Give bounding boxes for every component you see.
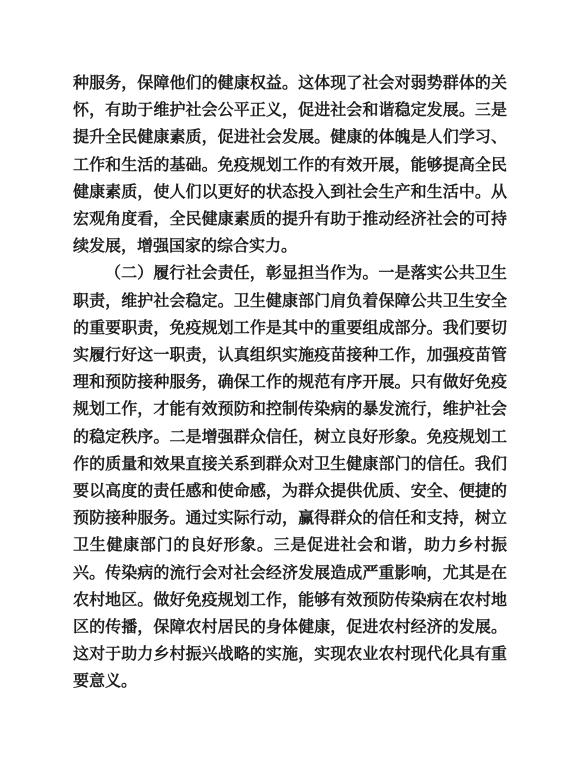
paragraph-section-two: （二）履行社会责任，彰显担当作为。一是落实公共卫生职责，维护社会稳定。卫生健康部… [73, 260, 507, 695]
paragraph-continuation: 种服务，保障他们的健康权益。这体现了社会对弱势群体的关怀，有助于维护社会公平正义… [73, 70, 507, 260]
document-text-body: 种服务，保障他们的健康权益。这体现了社会对弱势群体的关怀，有助于维护社会公平正义… [73, 70, 507, 696]
document-page: 种服务，保障他们的健康权益。这体现了社会对弱势群体的关怀，有助于维护社会公平正义… [0, 0, 586, 759]
